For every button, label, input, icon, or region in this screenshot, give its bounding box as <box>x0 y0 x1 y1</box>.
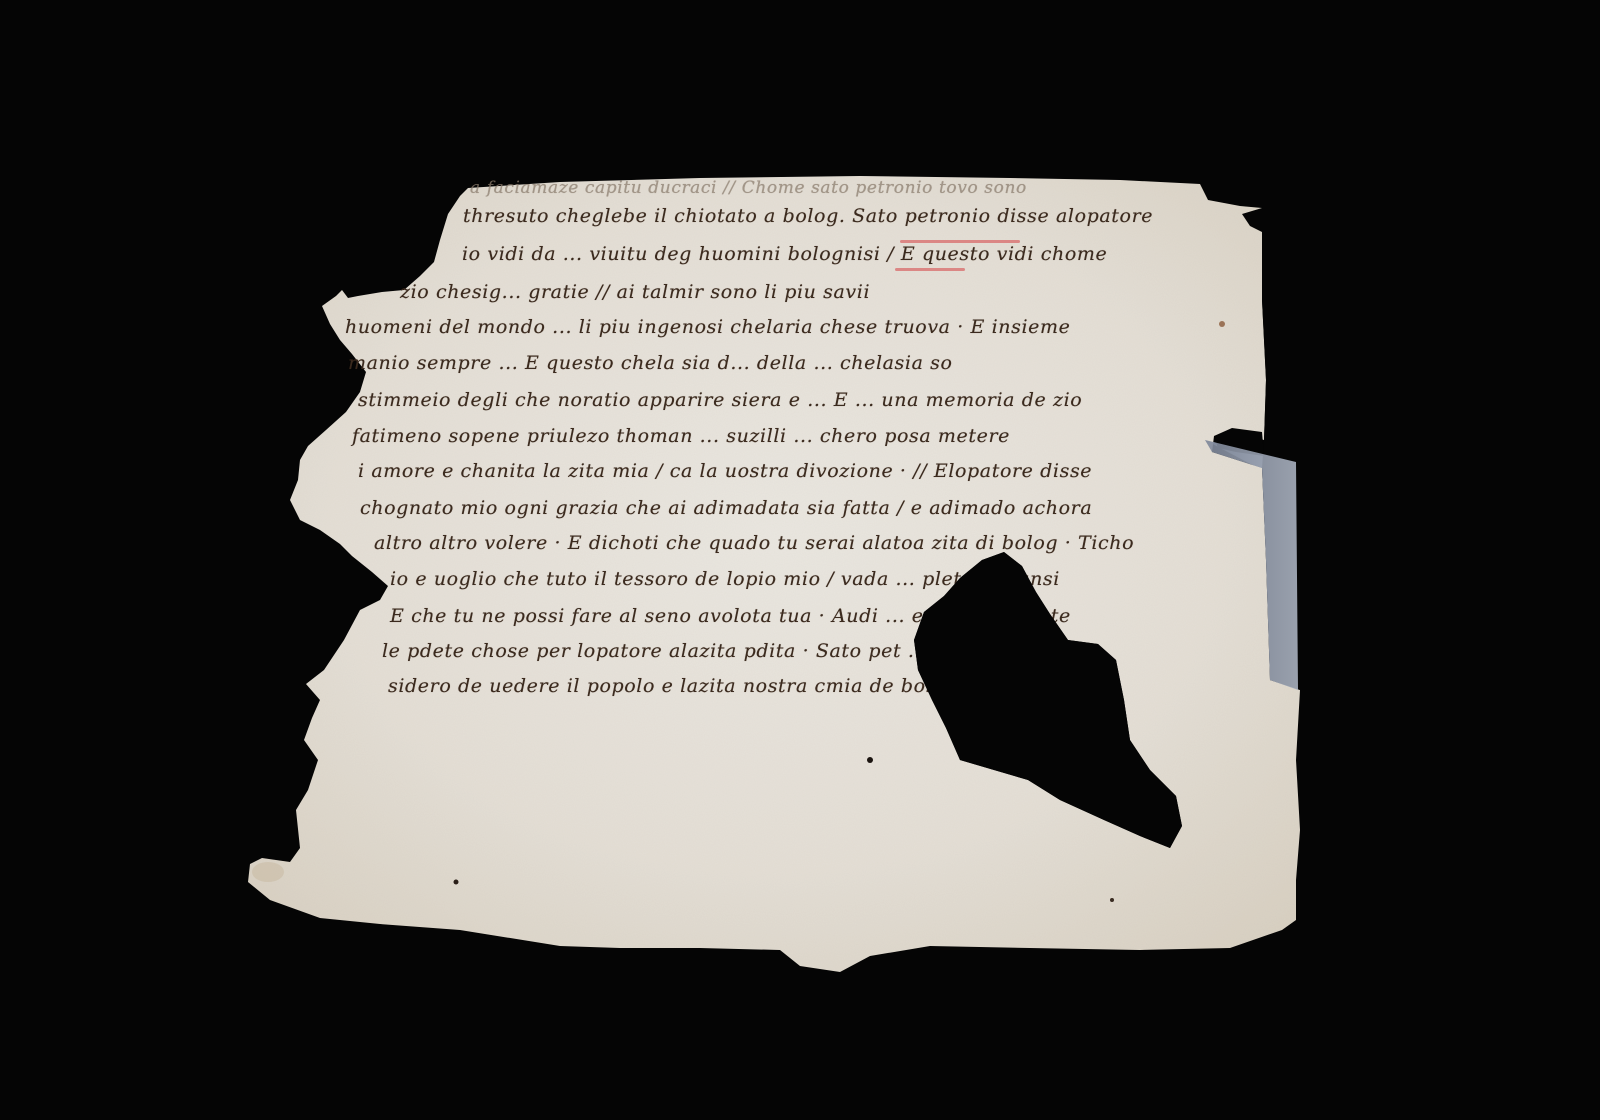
hole-overlay <box>0 0 1600 1120</box>
manuscript-photo: a faciamaze capitu ducraci // Chome sato… <box>0 0 1600 1120</box>
